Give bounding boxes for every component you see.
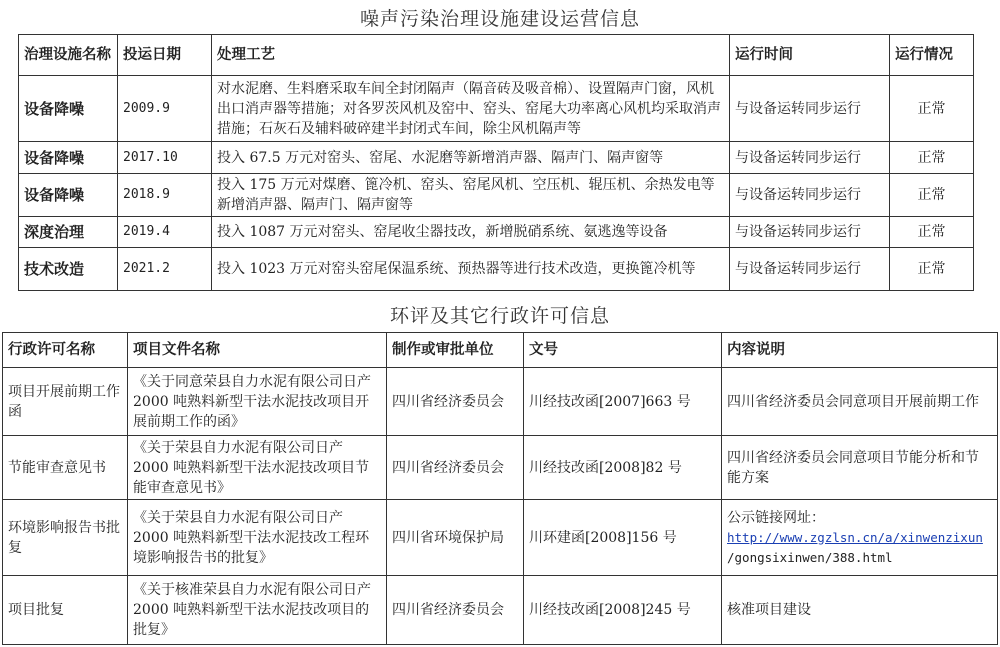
- description: 四川省经济委员会同意项目开展前期工作: [722, 368, 998, 436]
- noise-section-title: 噪声污染治理设施建设运营信息: [0, 4, 1000, 31]
- run-time: 与设备运转同步运行: [730, 248, 890, 291]
- announcement-link-tail: /gongsixinwen/388.html: [727, 548, 992, 568]
- status: 正常: [890, 142, 974, 174]
- header-facility-name: 治理设施名称: [19, 35, 118, 76]
- document-name: 《关于同意荣县自力水泥有限公司日产 2000 吨熟料新型干法水泥技改项目开展前期…: [128, 368, 387, 436]
- facility-name: 设备降噪: [19, 174, 118, 217]
- description: 四川省经济委员会同意项目节能分析和节能方案: [722, 436, 998, 500]
- table-row: 深度治理 2019.4 投入 1087 万元对窑头、窑尾收尘器技改，新增脱硝系统…: [19, 217, 974, 248]
- header-authority: 制作或审批单位: [387, 333, 524, 368]
- document-name: 《关于核准荣县自力水泥有限公司日产 2000 吨熟料新型干法水泥技改项目的批复》: [128, 576, 387, 645]
- table-row: 节能审查意见书 《关于荣县自力水泥有限公司日产 2000 吨熟料新型干法水泥技改…: [3, 436, 998, 500]
- process-description: 对水泥磨、生料磨采取车间全封闭隔声（隔音砖及吸音棉）、设置隔声门窗，风机出口消声…: [212, 76, 730, 142]
- authority: 四川省经济委员会: [387, 436, 524, 500]
- description: 核准项目建设: [722, 576, 998, 645]
- commission-date: 2019.4: [118, 217, 212, 248]
- commission-date: 2017.10: [118, 142, 212, 174]
- permits-table: 行政许可名称 项目文件名称 制作或审批单位 文号 内容说明 项目开展前期工作函 …: [2, 332, 998, 645]
- status: 正常: [890, 76, 974, 142]
- table-header-row: 治理设施名称 投运日期 处理工艺 运行时间 运行情况: [19, 35, 974, 76]
- header-document-name: 项目文件名称: [128, 333, 387, 368]
- table-row: 技术改造 2021.2 投入 1023 万元对窑头窑尾保温系统、预热器等进行技术…: [19, 248, 974, 291]
- table-row: 项目批复 《关于核准荣县自力水泥有限公司日产 2000 吨熟料新型干法水泥技改项…: [3, 576, 998, 645]
- status: 正常: [890, 174, 974, 217]
- commission-date: 2021.2: [118, 248, 212, 291]
- authority: 四川省经济委员会: [387, 368, 524, 436]
- permit-name: 节能审查意见书: [3, 436, 128, 500]
- header-status: 运行情况: [890, 35, 974, 76]
- status: 正常: [890, 217, 974, 248]
- process-description: 投入 1087 万元对窑头、窑尾收尘器技改，新增脱硝系统、氨逃逸等设备: [212, 217, 730, 248]
- table-row: 设备降噪 2018.9 投入 175 万元对煤磨、篦冷机、窑头、窑尾风机、空压机…: [19, 174, 974, 217]
- process-description: 投入 67.5 万元对窑头、窑尾、水泥磨等新增消声器、隔声门、隔声窗等: [212, 142, 730, 174]
- table-header-row: 行政许可名称 项目文件名称 制作或审批单位 文号 内容说明: [3, 333, 998, 368]
- permit-name: 项目开展前期工作函: [3, 368, 128, 436]
- noise-facilities-table: 治理设施名称 投运日期 处理工艺 运行时间 运行情况 设备降噪 2009.9 对…: [18, 34, 974, 291]
- permit-section-title: 环评及其它行政许可信息: [0, 301, 1000, 328]
- permit-name: 环境影响报告书批复: [3, 500, 128, 576]
- facility-name: 设备降噪: [19, 142, 118, 174]
- run-time: 与设备运转同步运行: [730, 142, 890, 174]
- document-name: 《关于荣县自力水泥有限公司日产 2000 吨熟料新型干法水泥技改工程环境影响报告…: [128, 500, 387, 576]
- header-date: 投运日期: [118, 35, 212, 76]
- facility-name: 深度治理: [19, 217, 118, 248]
- facility-name: 设备降噪: [19, 76, 118, 142]
- header-run-time: 运行时间: [730, 35, 890, 76]
- facility-name: 技术改造: [19, 248, 118, 291]
- process-description: 投入 1023 万元对窑头窑尾保温系统、预热器等进行技术改造，更换篦冷机等: [212, 248, 730, 291]
- status: 正常: [890, 248, 974, 291]
- run-time: 与设备运转同步运行: [730, 76, 890, 142]
- header-description: 内容说明: [722, 333, 998, 368]
- description-label: 公示链接网址：: [727, 508, 992, 528]
- announcement-link[interactable]: http://www.zgzlsn.cn/a/xinwenzixun: [727, 530, 983, 545]
- header-process: 处理工艺: [212, 35, 730, 76]
- run-time: 与设备运转同步运行: [730, 217, 890, 248]
- run-time: 与设备运转同步运行: [730, 174, 890, 217]
- header-permit-name: 行政许可名称: [3, 333, 128, 368]
- authority: 四川省环境保护局: [387, 500, 524, 576]
- commission-date: 2009.9: [118, 76, 212, 142]
- doc-number: 川经技改函[2008]82 号: [524, 436, 722, 500]
- header-doc-number: 文号: [524, 333, 722, 368]
- table-row: 设备降噪 2017.10 投入 67.5 万元对窑头、窑尾、水泥磨等新增消声器、…: [19, 142, 974, 174]
- doc-number: 川环建函[2008]156 号: [524, 500, 722, 576]
- table-row: 项目开展前期工作函 《关于同意荣县自力水泥有限公司日产 2000 吨熟料新型干法…: [3, 368, 998, 436]
- doc-number: 川经技改函[2008]245 号: [524, 576, 722, 645]
- permit-name: 项目批复: [3, 576, 128, 645]
- table-row: 设备降噪 2009.9 对水泥磨、生料磨采取车间全封闭隔声（隔音砖及吸音棉）、设…: [19, 76, 974, 142]
- description: 公示链接网址： http://www.zgzlsn.cn/a/xinwenzix…: [722, 500, 998, 576]
- document-name: 《关于荣县自力水泥有限公司日产 2000 吨熟料新型干法水泥技改项目节能审查意见…: [128, 436, 387, 500]
- table-row: 环境影响报告书批复 《关于荣县自力水泥有限公司日产 2000 吨熟料新型干法水泥…: [3, 500, 998, 576]
- authority: 四川省经济委员会: [387, 576, 524, 645]
- commission-date: 2018.9: [118, 174, 212, 217]
- process-description: 投入 175 万元对煤磨、篦冷机、窑头、窑尾风机、空压机、辊压机、余热发电等新增…: [212, 174, 730, 217]
- doc-number: 川经技改函[2007]663 号: [524, 368, 722, 436]
